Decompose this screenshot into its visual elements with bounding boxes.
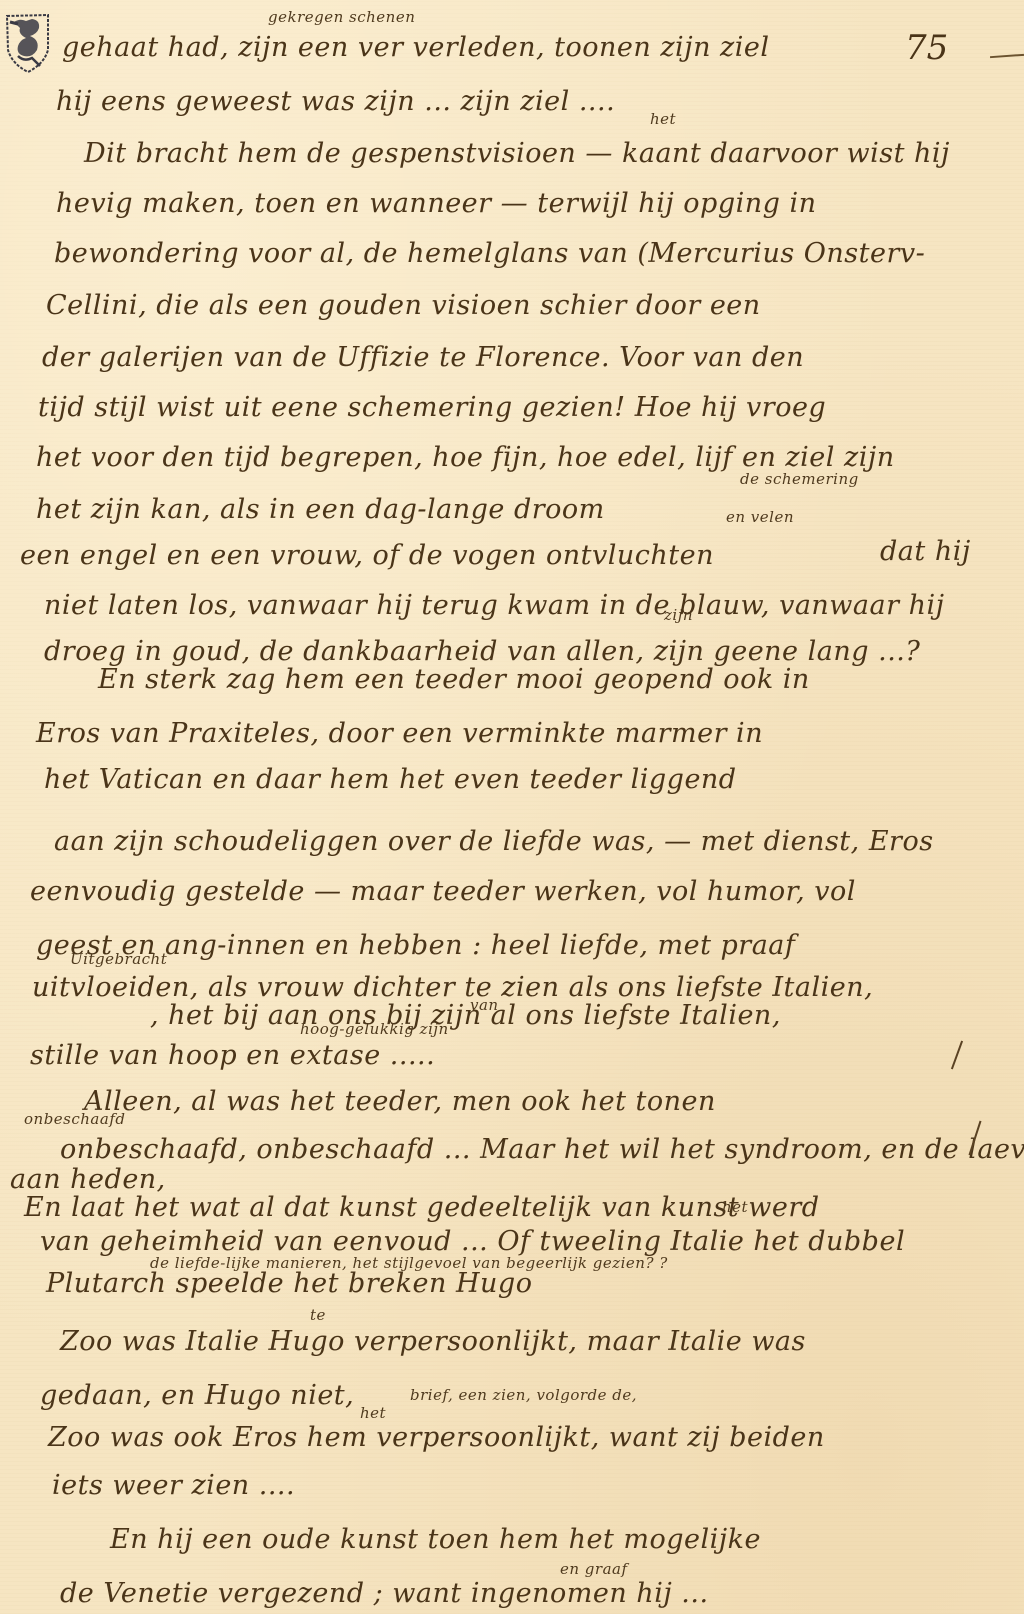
insertion-text: zijn <box>664 606 693 624</box>
manuscript-line: het Vatican en daar hem het even teeder … <box>44 764 737 795</box>
manuscript-line: van geheimheid van eenvoud ... Of tweeli… <box>40 1226 905 1257</box>
manuscript-line: stille van hoop en extase ..... <box>30 1040 435 1071</box>
manuscript-line: Plutarch speelde het breken Hugo <box>46 1268 532 1299</box>
manuscript-line: onbeschaafd, onbeschaafd ... Maar het wi… <box>60 1134 1024 1165</box>
insertion-text: brief, een zien, volgorde de, <box>410 1386 637 1404</box>
manuscript-line: uitvloeiden, als vrouw dichter te zien a… <box>32 972 873 1003</box>
manuscript-line: een engel en een vrouw, of de vogen ontv… <box>20 540 714 571</box>
manuscript-page: 75 gekregen schenen gehaat had, zijn een… <box>0 0 1024 1614</box>
manuscript-line: aan heden, <box>10 1164 166 1195</box>
insertion-text: het <box>722 1198 748 1216</box>
insertion-text: en velen <box>726 508 794 526</box>
manuscript-line: En hij een oude kunst toen hem het mogel… <box>110 1524 761 1555</box>
manuscript-line: de Venetie vergezend ; want ingenomen hi… <box>60 1578 709 1609</box>
manuscript-line: hij eens geweest was zijn ... zijn ziel … <box>56 86 615 117</box>
manuscript-line: gehaat had, zijn een ver verleden, toone… <box>62 32 770 63</box>
insertion-text: het <box>650 110 676 128</box>
manuscript-line: eenvoudig gestelde — maar teeder werken,… <box>30 876 856 907</box>
manuscript-line: droeg in goud, de dankbaarheid van allen… <box>44 636 920 667</box>
manuscript-line: En sterk zag hem een teeder mooi geopend… <box>98 664 810 695</box>
insertion-text: hoog-gelukkig zijn <box>300 1020 449 1038</box>
manuscript-line: iets weer zien .... <box>52 1470 295 1501</box>
insertion-text: gekregen schenen <box>268 8 415 26</box>
margin-mark <box>951 1041 963 1070</box>
insertion-text: Uitgebracht <box>70 950 167 968</box>
manuscript-line: Zoo was Italie Hugo verpersoonlijkt, maa… <box>60 1326 806 1357</box>
insertion-text: te <box>310 1306 326 1324</box>
manuscript-line: aan zijn schoudeliggen over de liefde wa… <box>54 826 934 857</box>
page-number-dash <box>990 54 1024 58</box>
manuscript-line: Cellini, die als een gouden visioen schi… <box>46 290 761 321</box>
manuscript-line: hevig maken, toen en wanneer — terwijl h… <box>56 188 817 219</box>
manuscript-line: het voor den tijd begrepen, hoe fijn, ho… <box>36 442 895 473</box>
manuscript-line: bewondering voor al, de hemelglans van (… <box>54 238 925 269</box>
manuscript-line: Alleen, al was het teeder, men ook het t… <box>84 1086 716 1117</box>
insertion-text: het <box>360 1404 386 1422</box>
manuscript-line: En laat het wat al dat kunst gedeeltelij… <box>24 1192 820 1223</box>
manuscript-line: der galerijen van de Uffizie te Florence… <box>42 342 804 373</box>
library-stamp-shield-bird-icon <box>4 12 52 74</box>
manuscript-line: Zoo was ook Eros hem verpersoonlijkt, wa… <box>48 1422 825 1453</box>
manuscript-line: gedaan, en Hugo niet, <box>40 1380 354 1411</box>
manuscript-line-tail: dat hij <box>880 536 971 567</box>
manuscript-line: Dit bracht hem de gespenstvisioen — kaan… <box>84 138 950 169</box>
insertion-text: en graaf <box>560 1560 628 1578</box>
manuscript-line: het zijn kan, als in een dag-lange droom <box>36 494 605 525</box>
manuscript-line: Eros van Praxiteles, door een verminkte … <box>36 718 763 749</box>
insertion-text: onbeschaafd <box>24 1110 125 1128</box>
page-number: 75 <box>905 28 948 68</box>
manuscript-line: , het bij aan ons bij zijn al ons liefst… <box>150 1000 781 1031</box>
manuscript-line: niet laten los, vanwaar hij terug kwam i… <box>44 590 945 621</box>
insertion-text: de schemering <box>740 470 859 488</box>
manuscript-line: tijd stijl wist uit eene schemering gezi… <box>38 392 826 423</box>
